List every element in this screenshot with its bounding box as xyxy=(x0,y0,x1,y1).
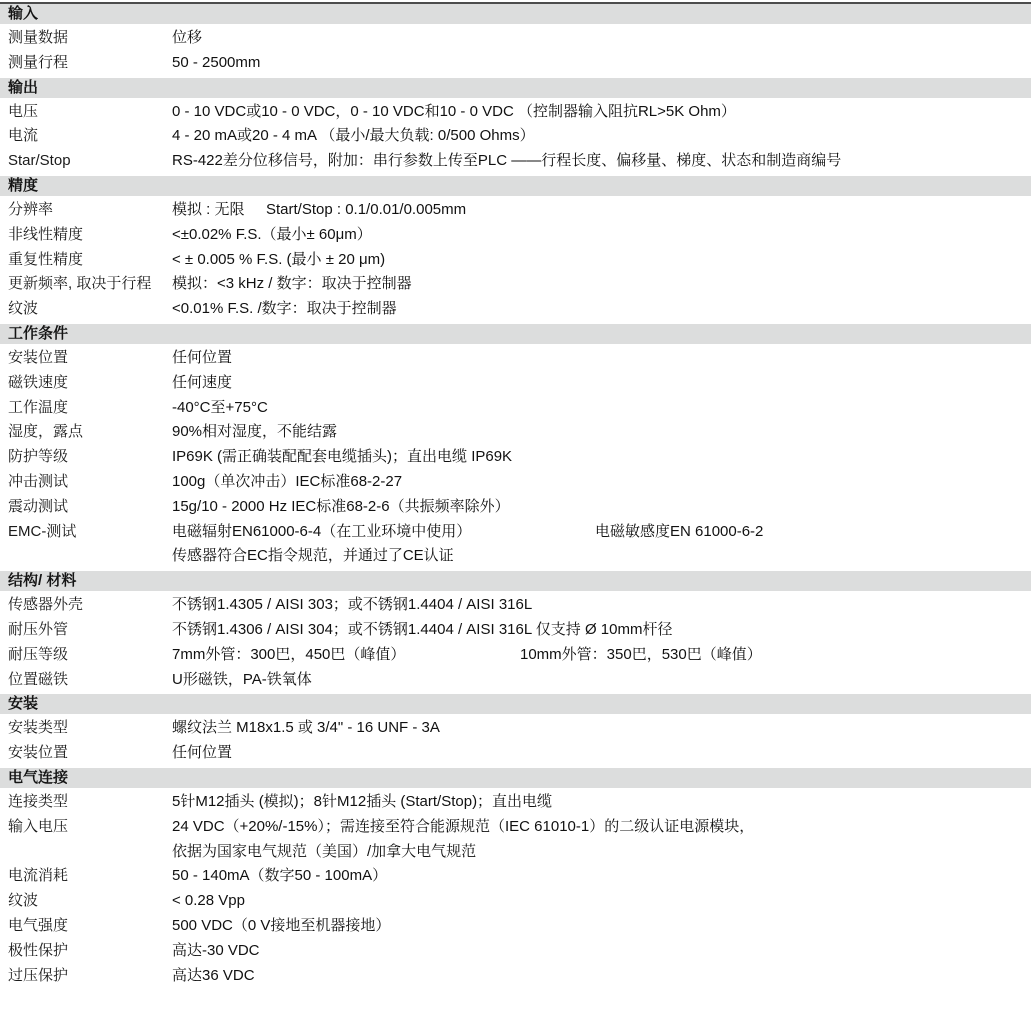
spec-row: 分辨率模拟 : 无限Start/Stop : 0.1/0.01/0.005mm xyxy=(0,198,1031,223)
row-label: 电压 xyxy=(8,100,172,125)
row-value: 24 VDC（+20%/-15%）；需连接至符合能源规范（IEC 61010-1… xyxy=(172,815,1031,865)
row-value-text: 高达36 VDC xyxy=(172,967,255,984)
spec-row: 电流4 - 20 mA或20 - 4 mA （最小/最大负载: 0/500 Oh… xyxy=(0,124,1031,149)
row-value: 100g（单次冲击）IEC标准68-2-27 xyxy=(172,470,1031,495)
row-value-text: 24 VDC（+20%/-15%）；需连接至符合能源规范（IEC 61010-1… xyxy=(172,818,754,835)
row-label: 传感器外壳 xyxy=(8,593,172,618)
row-value: 7mm外管：300巴，450巴（峰值）10mm外管：350巴，530巴（峰值） xyxy=(172,643,1031,668)
row-label: 更新频率, 取决于行程 xyxy=(8,272,172,297)
row-label: 纹波 xyxy=(8,297,172,322)
row-value-text: 50 - 140mA（数字50 - 100mA） xyxy=(172,867,387,884)
row-value: 任何位置 xyxy=(172,346,1031,371)
row-value: <±0.02% F.S.（最小± 60μm） xyxy=(172,223,1031,248)
row-value: 任何位置 xyxy=(172,741,1031,766)
section-title: 安装 xyxy=(8,695,38,712)
row-label: 安装位置 xyxy=(8,346,172,371)
row-value: 任何速度 xyxy=(172,371,1031,396)
row-value-col2: Start/Stop : 0.1/0.01/0.005mm xyxy=(266,198,466,223)
row-value-text: 任何位置 xyxy=(172,744,232,761)
row-label: 磁铁速度 xyxy=(8,371,172,396)
row-value: 高达-30 VDC xyxy=(172,939,1031,964)
row-value: < 0.28 Vpp xyxy=(172,889,1031,914)
spec-row: 测量行程50 - 2500mm xyxy=(0,51,1031,76)
row-label: Star/Stop xyxy=(8,149,172,174)
row-label: 位置磁铁 xyxy=(8,668,172,693)
row-label: 重复性精度 xyxy=(8,248,172,273)
row-value-text: 模拟：<3 kHz / 数字：取决于控制器 xyxy=(172,275,412,292)
row-value-text: 电磁辐射EN61000-6-4（在工业环境中使用） xyxy=(172,523,471,540)
spec-row: 非线性精度<±0.02% F.S.（最小± 60μm） xyxy=(0,223,1031,248)
row-label: 安装位置 xyxy=(8,741,172,766)
spec-row: Star/StopRS-422差分位移信号，附加：串行参数上传至PLC ——行程… xyxy=(0,149,1031,174)
spec-row: 纹波< 0.28 Vpp xyxy=(0,889,1031,914)
row-value-text: 0 - 10 VDC或10 - 0 VDC，0 - 10 VDC和10 - 0 … xyxy=(172,103,736,120)
row-value-text: 不锈钢1.4306 / AISI 304；或不锈钢1.4404 / AISI 3… xyxy=(172,621,672,638)
section-title: 输出 xyxy=(8,79,38,96)
section-title: 工作条件 xyxy=(8,325,68,342)
row-label: 电气强度 xyxy=(8,914,172,939)
row-value: -40°C至+75°C xyxy=(172,396,1031,421)
row-value-text: 高达-30 VDC xyxy=(172,942,260,959)
row-label: 连接类型 xyxy=(8,790,172,815)
section-header-input: 输入 xyxy=(0,2,1031,24)
row-label: 震动测试 xyxy=(8,495,172,520)
spec-row: 测量数据位移 xyxy=(0,26,1031,51)
spec-sheet: 输入测量数据位移测量行程50 - 2500mm输出电压0 - 10 VDC或10… xyxy=(0,0,1031,1011)
row-label: 防护等级 xyxy=(8,445,172,470)
spec-row: 过压保护高达36 VDC xyxy=(0,964,1031,989)
row-label: 湿度，露点 xyxy=(8,420,172,445)
section-header-construction-materials: 结构/ 材料 xyxy=(0,571,1031,591)
spec-row: EMC-测试电磁辐射EN61000-6-4（在工业环境中使用）电磁敏感度EN 6… xyxy=(0,520,1031,570)
spec-row: 冲击测试100g（单次冲击）IEC标准68-2-27 xyxy=(0,470,1031,495)
spec-row: 安装类型螺纹法兰 M18x1.5 或 3/4" - 16 UNF - 3A xyxy=(0,716,1031,741)
row-value-text: 7mm外管：300巴，450巴（峰值） xyxy=(172,646,405,663)
spec-row: 湿度，露点90%相对湿度，不能结露 xyxy=(0,420,1031,445)
row-value: 0 - 10 VDC或10 - 0 VDC，0 - 10 VDC和10 - 0 … xyxy=(172,100,1031,125)
row-label: 非线性精度 xyxy=(8,223,172,248)
section-header-installation: 安装 xyxy=(0,694,1031,714)
section-title: 精度 xyxy=(8,177,38,194)
spec-row: 位置磁铁U形磁铁，PA-铁氧体 xyxy=(0,668,1031,693)
row-value-line2: 依据为国家电气规范（美国）/加拿大电气规范 xyxy=(172,840,1031,865)
row-value: < ± 0.005 % F.S. (最小 ± 20 μm) xyxy=(172,248,1031,273)
row-value: 螺纹法兰 M18x1.5 或 3/4" - 16 UNF - 3A xyxy=(172,716,1031,741)
row-value-text: 90%相对湿度，不能结露 xyxy=(172,423,337,440)
row-value-text: <±0.02% F.S.（最小± 60μm） xyxy=(172,226,372,243)
row-value-col2: 10mm外管：350巴，530巴（峰值） xyxy=(520,643,762,668)
row-label: 输入电压 xyxy=(8,815,172,865)
section-header-output: 输出 xyxy=(0,78,1031,98)
spec-row: 电流消耗50 - 140mA（数字50 - 100mA） xyxy=(0,864,1031,889)
row-label: 电流消耗 xyxy=(8,864,172,889)
spec-row: 输入电压24 VDC（+20%/-15%）；需连接至符合能源规范（IEC 610… xyxy=(0,815,1031,865)
row-label: 过压保护 xyxy=(8,964,172,989)
row-value-text: 螺纹法兰 M18x1.5 或 3/4" - 16 UNF - 3A xyxy=(172,719,440,736)
row-label: 安装类型 xyxy=(8,716,172,741)
row-value: <0.01% F.S. /数字：取决于控制器 xyxy=(172,297,1031,322)
row-value: 500 VDC（0 V接地至机器接地） xyxy=(172,914,1031,939)
row-value: 50 - 140mA（数字50 - 100mA） xyxy=(172,864,1031,889)
row-label: 耐压等级 xyxy=(8,643,172,668)
row-value: RS-422差分位移信号，附加：串行参数上传至PLC ——行程长度、偏移量、梯度… xyxy=(172,149,1031,174)
row-value-text: 50 - 2500mm xyxy=(172,54,260,71)
spec-row: 极性保护高达-30 VDC xyxy=(0,939,1031,964)
row-label: 电流 xyxy=(8,124,172,149)
row-label: 纹波 xyxy=(8,889,172,914)
row-value: 不锈钢1.4305 / AISI 303；或不锈钢1.4404 / AISI 3… xyxy=(172,593,1031,618)
row-label: 测量行程 xyxy=(8,51,172,76)
spec-row: 传感器外壳不锈钢1.4305 / AISI 303；或不锈钢1.4404 / A… xyxy=(0,593,1031,618)
spec-row: 安装位置任何位置 xyxy=(0,741,1031,766)
row-value-text: -40°C至+75°C xyxy=(172,399,268,416)
row-label: 分辨率 xyxy=(8,198,172,223)
row-value: 15g/10 - 2000 Hz IEC标准68-2-6（共振频率除外） xyxy=(172,495,1031,520)
row-value-text: <0.01% F.S. /数字：取决于控制器 xyxy=(172,300,397,317)
row-value-text: 15g/10 - 2000 Hz IEC标准68-2-6（共振频率除外） xyxy=(172,498,510,515)
section-title: 结构/ 材料 xyxy=(8,572,76,589)
row-label: 极性保护 xyxy=(8,939,172,964)
row-value: 高达36 VDC xyxy=(172,964,1031,989)
spec-row: 工作温度-40°C至+75°C xyxy=(0,396,1031,421)
row-label: EMC-测试 xyxy=(8,520,172,570)
spec-row: 重复性精度< ± 0.005 % F.S. (最小 ± 20 μm) xyxy=(0,248,1031,273)
row-value-text: 位移 xyxy=(172,29,202,46)
spec-row: 磁铁速度任何速度 xyxy=(0,371,1031,396)
row-value: 50 - 2500mm xyxy=(172,51,1031,76)
row-value: 模拟：<3 kHz / 数字：取决于控制器 xyxy=(172,272,1031,297)
row-value-text: < ± 0.005 % F.S. (最小 ± 20 μm) xyxy=(172,251,385,268)
row-value-text: 4 - 20 mA或20 - 4 mA （最小/最大负载: 0/500 Ohms… xyxy=(172,127,535,144)
row-value: U形磁铁，PA-铁氧体 xyxy=(172,668,1031,693)
spec-row: 耐压等级7mm外管：300巴，450巴（峰值）10mm外管：350巴，530巴（… xyxy=(0,643,1031,668)
row-value: 电磁辐射EN61000-6-4（在工业环境中使用）电磁敏感度EN 61000-6… xyxy=(172,520,1031,570)
row-value-text: 500 VDC（0 V接地至机器接地） xyxy=(172,917,390,934)
spec-row: 耐压外管不锈钢1.4306 / AISI 304；或不锈钢1.4404 / AI… xyxy=(0,618,1031,643)
section-title: 输入 xyxy=(8,5,38,22)
spec-row: 纹波<0.01% F.S. /数字：取决于控制器 xyxy=(0,297,1031,322)
row-value: IP69K (需正确装配配套电缆插头)；直出电缆 IP69K xyxy=(172,445,1031,470)
spec-row: 安装位置任何位置 xyxy=(0,346,1031,371)
row-value: 4 - 20 mA或20 - 4 mA （最小/最大负载: 0/500 Ohms… xyxy=(172,124,1031,149)
row-label: 冲击测试 xyxy=(8,470,172,495)
spec-row: 连接类型5针M12插头 (模拟)；8针M12插头 (Start/Stop)；直出… xyxy=(0,790,1031,815)
row-value-text: RS-422差分位移信号，附加：串行参数上传至PLC ——行程长度、偏移量、梯度… xyxy=(172,152,841,169)
spec-row: 电压0 - 10 VDC或10 - 0 VDC，0 - 10 VDC和10 - … xyxy=(0,100,1031,125)
row-value-text: 任何速度 xyxy=(172,374,232,391)
section-title: 电气连接 xyxy=(8,769,68,786)
row-value-text: IP69K (需正确装配配套电缆插头)；直出电缆 IP69K xyxy=(172,448,512,465)
row-value-text: 任何位置 xyxy=(172,349,232,366)
row-value-text: 5针M12插头 (模拟)；8针M12插头 (Start/Stop)；直出电缆 xyxy=(172,793,552,810)
row-value-line2: 传感器符合EC指令规范，并通过了CE认证 xyxy=(172,544,1031,569)
row-value-text: U形磁铁，PA-铁氧体 xyxy=(172,671,312,688)
row-value-text: 不锈钢1.4305 / AISI 303；或不锈钢1.4404 / AISI 3… xyxy=(172,596,532,613)
row-label: 测量数据 xyxy=(8,26,172,51)
row-value: 不锈钢1.4306 / AISI 304；或不锈钢1.4404 / AISI 3… xyxy=(172,618,1031,643)
row-value-text: 100g（单次冲击）IEC标准68-2-27 xyxy=(172,473,402,490)
spec-row: 电气强度500 VDC（0 V接地至机器接地） xyxy=(0,914,1031,939)
row-value: 90%相对湿度，不能结露 xyxy=(172,420,1031,445)
section-header-operating-conditions: 工作条件 xyxy=(0,324,1031,344)
section-header-accuracy: 精度 xyxy=(0,176,1031,196)
row-label: 耐压外管 xyxy=(8,618,172,643)
spec-row: 防护等级IP69K (需正确装配配套电缆插头)；直出电缆 IP69K xyxy=(0,445,1031,470)
row-label: 工作温度 xyxy=(8,396,172,421)
row-value-text: < 0.28 Vpp xyxy=(172,892,245,909)
spec-row: 更新频率, 取决于行程模拟：<3 kHz / 数字：取决于控制器 xyxy=(0,272,1031,297)
row-value: 模拟 : 无限Start/Stop : 0.1/0.01/0.005mm xyxy=(172,198,1031,223)
row-value: 5针M12插头 (模拟)；8针M12插头 (Start/Stop)；直出电缆 xyxy=(172,790,1031,815)
row-value: 位移 xyxy=(172,26,1031,51)
section-header-electrical-connection: 电气连接 xyxy=(0,768,1031,788)
row-value-text: 模拟 : 无限 xyxy=(172,201,245,218)
spec-row: 震动测试15g/10 - 2000 Hz IEC标准68-2-6（共振频率除外） xyxy=(0,495,1031,520)
row-value-col2: 电磁敏感度EN 61000-6-2 xyxy=(595,520,763,545)
